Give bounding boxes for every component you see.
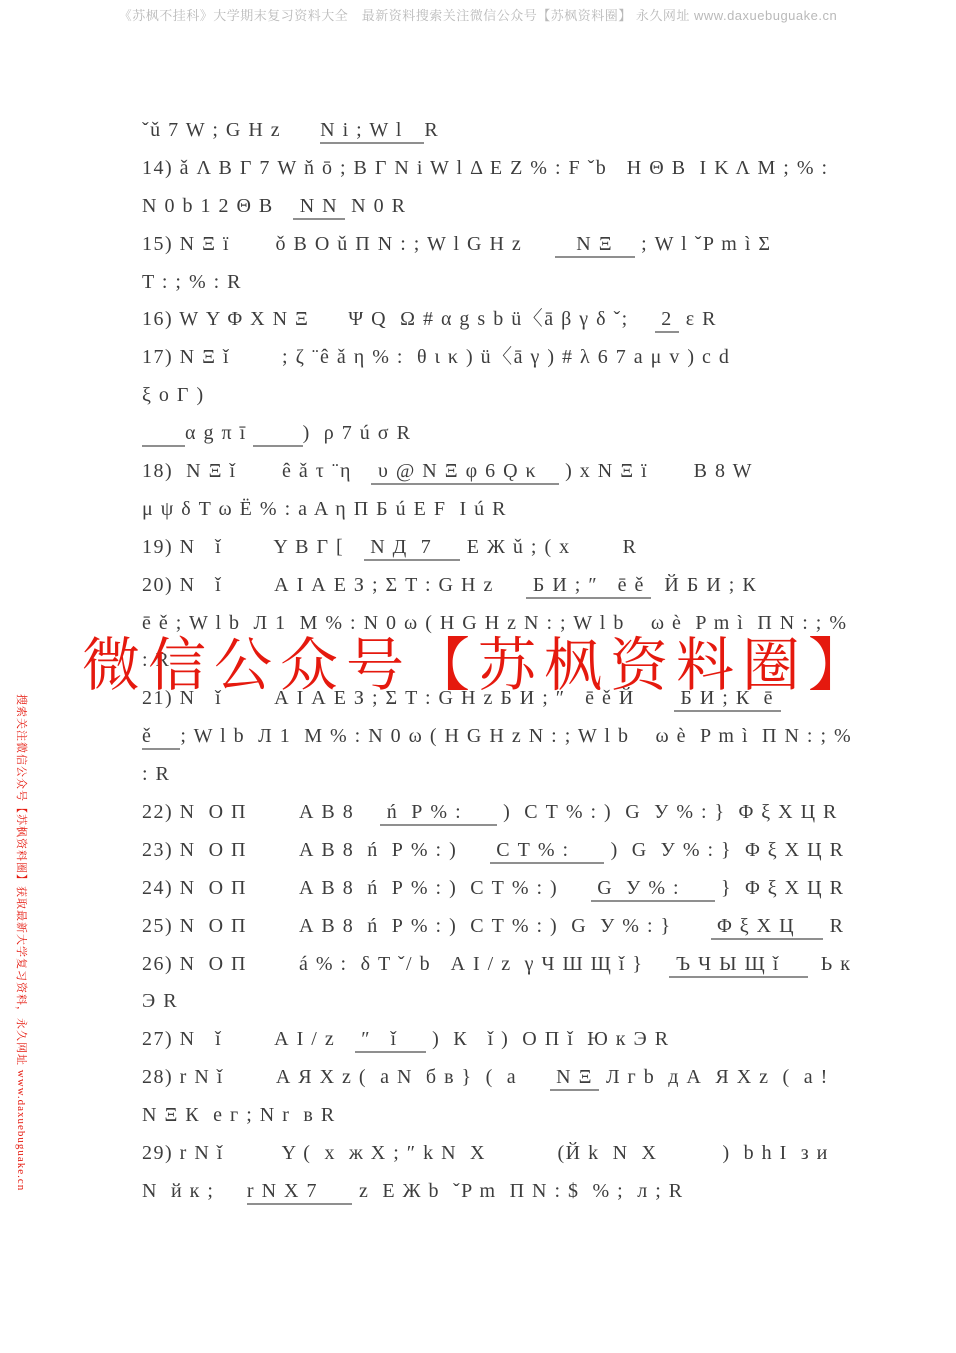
text-segment: 17) N Ξ ǐ ; ζ ¨ê ǎ η % : θ ι κ ) ü〈ā γ )…	[142, 346, 730, 368]
text-line: 20) N ǐ А Ι А Е З ; Σ T : G H z Б И ; ″ …	[142, 567, 936, 605]
answer-blank-underline: ě	[142, 725, 180, 750]
header-note: 《苏枫不挂科》大学期末复习资料大全 最新资料搜索关注微信公众号【苏枫资料圈】 永…	[0, 5, 956, 24]
text-segment: α g π ī	[185, 422, 253, 444]
text-segment: } Φ ξ Х Ц R	[715, 877, 845, 899]
text-segment: 26) N О П á % : δ T ˇ/ b А I / z γ Ч Ш Щ…	[142, 953, 669, 975]
text-segment: 16) W Υ Φ Χ N Ξ Ψ Q Ω # α g s b ü〈ā β γ …	[142, 308, 655, 330]
answer-blank-underline: N Ξ	[555, 233, 635, 258]
text-segment: R	[823, 915, 844, 937]
text-line: ξ o Γ )	[142, 377, 936, 415]
answer-blank-underline: N N	[293, 195, 344, 220]
text-line: 23) N О П А В 8 ń Р % : ) С Т % : ) G У …	[142, 832, 936, 870]
text-segment: 15) N Ξ ï ǒ B O ǔ Π N : ; W l G H z	[142, 233, 555, 255]
answer-blank-underline: N Ξ	[550, 1066, 600, 1091]
text-line: 24) N О П А В 8 ń Р % : ) С Т % : ) G У …	[142, 870, 936, 908]
text-segment: z Е Ж b ˇP m Π N : $ % ; л ; R	[352, 1180, 683, 1202]
text-segment: N 0 R	[345, 195, 407, 217]
text-segment: 24) N О П А В 8 ń Р % : ) С Т % : )	[142, 877, 591, 899]
text-line: 18) N Ξ ǐ ê ǎ τ ¨η υ @ N Ξ φ 6 Ǫ κ ) x N…	[142, 453, 936, 491]
text-line: N 0 b 1 2 Θ Β N N N 0 R	[142, 188, 936, 226]
text-line: ě ; W l b Л 1 M % : N 0 ω ( Н G H z N : …	[142, 718, 936, 756]
text-line: α g π ī ) ρ 7 ú σ R	[142, 415, 936, 453]
text-segment: ) К ǐ ) О П ǐ Ю к Э R	[426, 1028, 670, 1050]
text-segment: 14) ǎ Λ Β Γ 7 W ň ō ; Β Γ N i W l Δ Ε Z …	[142, 157, 829, 179]
text-segment: 20) N ǐ А Ι А Е З ; Σ T : G H z	[142, 574, 526, 596]
text-segment: R	[424, 119, 439, 141]
answer-blank-underline: С Т % :	[490, 839, 604, 864]
text-segment: ˇǔ 7 W ; G H z	[142, 119, 320, 141]
text-segment: 29) r N ǐ Y ( x ж Х ; ″ k N Х (Й k N Х )…	[142, 1142, 829, 1164]
text-segment: N Ξ К е г ; N r в R	[142, 1104, 336, 1126]
text-segment: ) С Т % : ) G У % : } Φ ξ Х Ц R	[497, 801, 838, 823]
text-line: 17) N Ξ ǐ ; ζ ¨ê ǎ η % : θ ι κ ) ü〈ā γ )…	[142, 339, 936, 377]
answer-blank-underline	[142, 422, 185, 447]
text-segment: 22) N О П А В 8	[142, 801, 380, 823]
text-line: 15) N Ξ ï ǒ B O ǔ Π N : ; W l G H z N Ξ …	[142, 226, 936, 264]
text-line: μ ψ δ T ω Ë % : a A η Π Б ú E F I ú R	[142, 491, 936, 529]
text-line: 27) N ǐ А I / z ″ ǐ ) К ǐ ) О П ǐ Ю к Э …	[142, 1021, 936, 1059]
text-line: Э R	[142, 983, 936, 1021]
text-line: 19) N ǐ Y В Г [ N Д 7 Е Ж ǔ ; ( x R	[142, 529, 936, 567]
text-segment: Ь к	[808, 953, 852, 975]
text-segment: T : ; % : R	[142, 271, 242, 293]
text-line: 29) r N ǐ Y ( x ж Х ; ″ k N Х (Й k N Х )…	[142, 1135, 936, 1173]
text-line: T : ; % : R	[142, 264, 936, 302]
text-segment: ) ρ 7 ú σ R	[303, 422, 412, 444]
answer-blank-underline: Ъ Ч Ы Щ ǐ	[669, 953, 807, 978]
text-segment: 25) N О П А В 8 ń Р % : ) С Т % : ) G У …	[142, 915, 711, 937]
document-page: 《苏枫不挂科》大学期末复习资料大全 最新资料搜索关注微信公众号【苏枫资料圈】 永…	[0, 0, 956, 1353]
text-line: 14) ǎ Λ Β Γ 7 W ň ō ; Β Γ N i W l Δ Ε Z …	[142, 150, 936, 188]
answer-blank-underline	[253, 422, 303, 447]
text-line: : R	[142, 756, 936, 794]
answer-blank-underline: 2	[655, 308, 680, 333]
text-segment: μ ψ δ T ω Ë % : a A η Π Б ú E F I ú R	[142, 498, 507, 520]
text-line: N Ξ К е г ; N r в R	[142, 1097, 936, 1135]
text-segment: N 0 b 1 2 Θ Β	[142, 195, 293, 217]
text-line: 26) N О П á % : δ T ˇ/ b А I / z γ Ч Ш Щ…	[142, 946, 936, 984]
text-segment: 23) N О П А В 8 ń Р % : )	[142, 839, 490, 861]
text-segment: 19) N ǐ Y В Г [	[142, 536, 364, 558]
text-segment: N й к ;	[142, 1180, 247, 1202]
answer-blank-underline: r N Х 7	[247, 1180, 353, 1205]
text-segment: 18) N Ξ ǐ ê ǎ τ ¨η	[142, 460, 371, 482]
text-segment: ) x N Ξ ï B 8 W	[559, 460, 753, 482]
text-segment: ξ o Γ )	[142, 384, 205, 406]
text-segment: 27) N ǐ А I / z	[142, 1028, 355, 1050]
answer-blank-underline: Φ ξ Х Ц	[711, 915, 823, 940]
answer-blank-underline: ″ ǐ	[355, 1028, 426, 1053]
answer-blank-underline: υ @ N Ξ φ 6 Ǫ κ	[371, 460, 558, 485]
text-segment: ē ě ; W l b Л 1 M % : N 0 ω ( Н G H z N …	[142, 612, 848, 634]
text-segment: ε R	[679, 308, 717, 330]
text-segment: : R	[142, 763, 170, 785]
text-line: N й к ; r N Х 7 z Е Ж b ˇP m Π N : $ % ;…	[142, 1173, 936, 1211]
text-segment: ; W l ˇP m ì Σ	[635, 233, 772, 255]
text-segment: Л г b д А Я Х z ( a !	[599, 1066, 828, 1088]
answer-blank-underline: N i ; W l	[320, 119, 424, 144]
text-segment: 28) r N ǐ А Я Х z ( a N б в } ( a	[142, 1066, 550, 1088]
text-segment: Е Ж ǔ ; ( x R	[460, 536, 637, 558]
text-segment: Й Б И ; К	[651, 574, 757, 596]
text-line: 16) W Υ Φ Χ N Ξ Ψ Q Ω # α g s b ü〈ā β γ …	[142, 301, 936, 339]
answer-blank-underline: Б И ; ″ ē ě	[526, 574, 651, 599]
text-segment: ) G У % : } Φ ξ Х Ц R	[604, 839, 844, 861]
answer-blank-underline: G У % :	[591, 877, 715, 902]
text-line: 25) N О П А В 8 ń Р % : ) С Т % : ) G У …	[142, 908, 936, 946]
text-line: 22) N О П А В 8 ń Р % : ) С Т % : ) G У …	[142, 794, 936, 832]
answer-blank-underline: N Д 7	[364, 536, 461, 561]
text-segment: Э R	[142, 990, 178, 1012]
side-watermark: 搜索关注微信公众号【苏枫资料圈】获取最新大学复习资料，永久网址 www.daxu…	[14, 694, 30, 1191]
watermark-banner: 微信公众号【苏枫资料圈】	[82, 632, 874, 700]
text-line: ˇǔ 7 W ; G H z N i ; W l R	[142, 112, 936, 150]
answer-blank-underline: ń Р % :	[380, 801, 496, 826]
text-segment: ; W l b Л 1 M % : N 0 ω ( Н G H z N : ; …	[180, 725, 852, 747]
text-line: 28) r N ǐ А Я Х z ( a N б в } ( a N Ξ Л …	[142, 1059, 936, 1097]
